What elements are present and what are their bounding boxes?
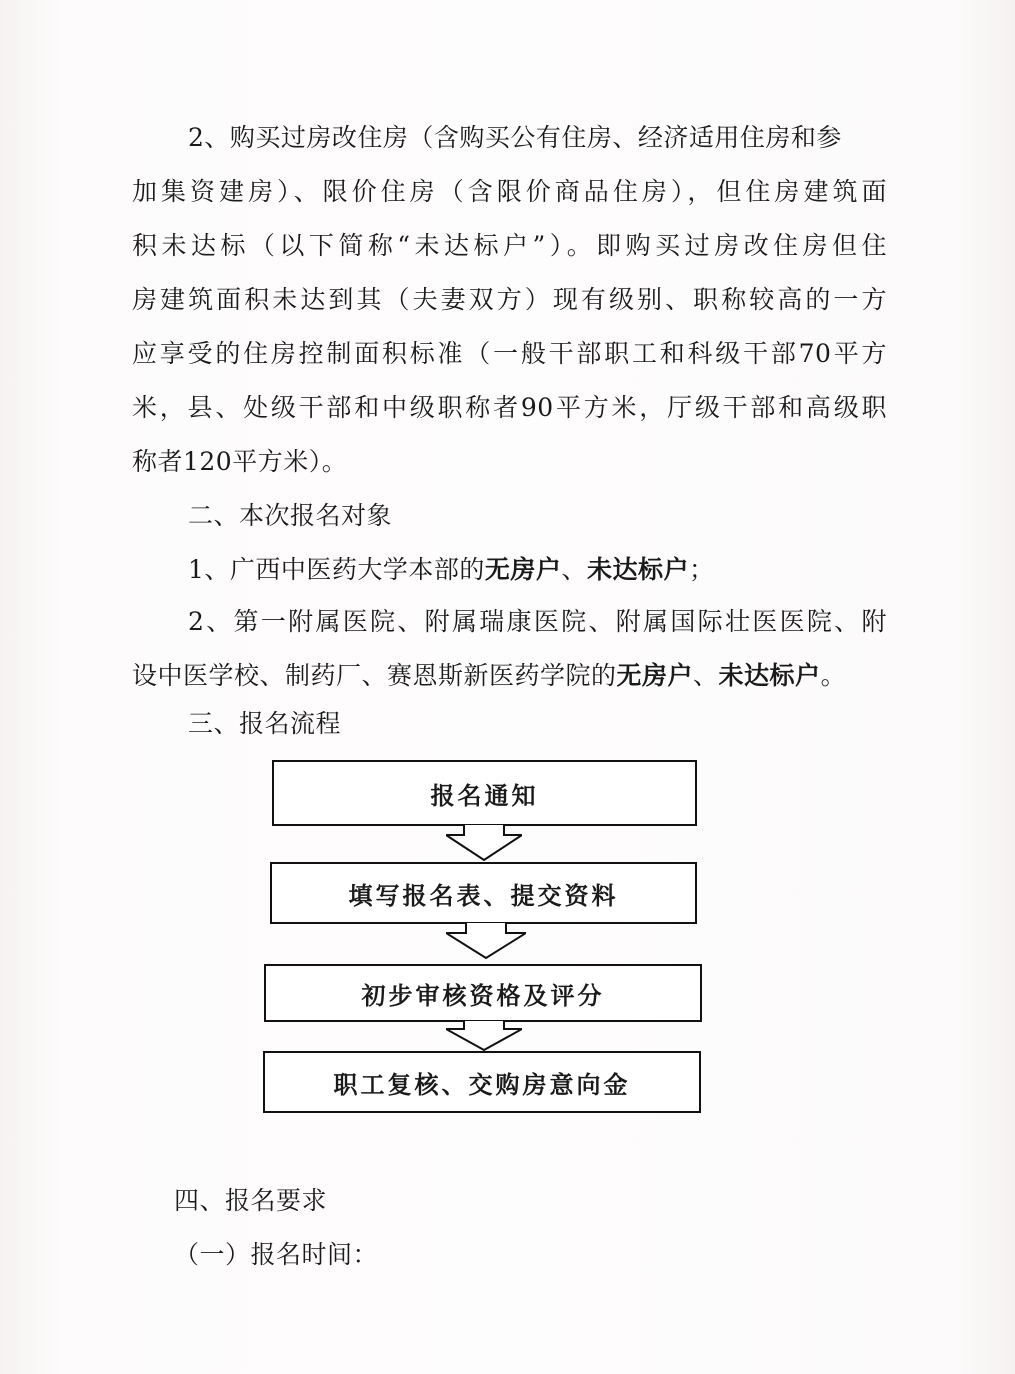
paragraph-line-2: 加集资建房）、限价住房（含限价商品住房），但住房建筑面 [132, 177, 887, 207]
flow-step-4: 职工复核、交购房意向金 [263, 1051, 701, 1113]
flow-step-2-label: 填写报名表、提交资料 [349, 876, 619, 911]
flow-step-4-label: 职工复核、交购房意向金 [334, 1065, 631, 1100]
section-2-item-1: 1、广西中医药大学本部的无房户、未达标户； [188, 555, 714, 585]
item-2-sep: 、 [693, 661, 719, 690]
paragraph-line-4: 房建筑面积未达到其（夫妻双方）现有级别、职称较高的一方 [132, 285, 887, 315]
section-2-item-2-line-2: 设中医学校、制药厂、赛恩斯新医药学院的无房户、未达标户。 [132, 661, 846, 691]
paragraph-line-1: 2、购买过房改住房（含购买公有住房、经济适用住房和参 [188, 123, 842, 153]
section-4-heading: 四、报名要求 [174, 1186, 327, 1216]
flow-step-1-label: 报名通知 [431, 776, 539, 811]
document-page: 2、购买过房改住房（含购买公有住房、经济适用住房和参 加集资建房）、限价住房（含… [0, 0, 1015, 1374]
item-1-sep: 、 [561, 555, 587, 584]
item-2-bold-no-house: 无房户 [617, 661, 694, 690]
paragraph-line-6: 米，县、处级干部和中级职称者90平方米，厅级干部和高级职 [132, 393, 887, 423]
item-1-suffix: ； [689, 555, 715, 584]
flow-step-3: 初步审核资格及评分 [264, 964, 702, 1022]
section-3-heading: 三、报名流程 [188, 709, 341, 739]
section-2-item-2-line-1: 2、第一附属医院、附属瑞康医院、附属国际壮医医院、附 [188, 607, 887, 637]
item-2-prefix: 设中医学校、制药厂、赛恩斯新医药学院的 [132, 661, 617, 690]
flow-step-2: 填写报名表、提交资料 [270, 862, 697, 924]
item-2-bold-substandard: 未达标户 [719, 661, 821, 690]
section-2-heading: 二、本次报名对象 [188, 501, 392, 531]
item-1-prefix: 1、广西中医药大学本部的 [188, 555, 485, 584]
paragraph-line-3: 积未达标（以下简称“未达标户”）。即购买过房改住房但住 [132, 231, 887, 261]
paragraph-line-5: 应享受的住房控制面积标准（一般干部职工和科级干部70平方 [132, 339, 887, 369]
down-arrow-icon [446, 1021, 522, 1051]
down-arrow-icon [446, 923, 526, 959]
paragraph-line-7: 称者120平方米）。 [132, 447, 347, 477]
down-arrow-icon [446, 825, 522, 861]
flow-step-3-label: 初步审核资格及评分 [362, 976, 605, 1011]
item-1-bold-no-house: 无房户 [485, 555, 562, 584]
item-1-bold-substandard: 未达标户 [587, 555, 689, 584]
item-2-suffix: 。 [821, 661, 847, 690]
flow-step-1: 报名通知 [272, 760, 697, 826]
section-4-subheading: （一）报名时间： [174, 1240, 378, 1270]
